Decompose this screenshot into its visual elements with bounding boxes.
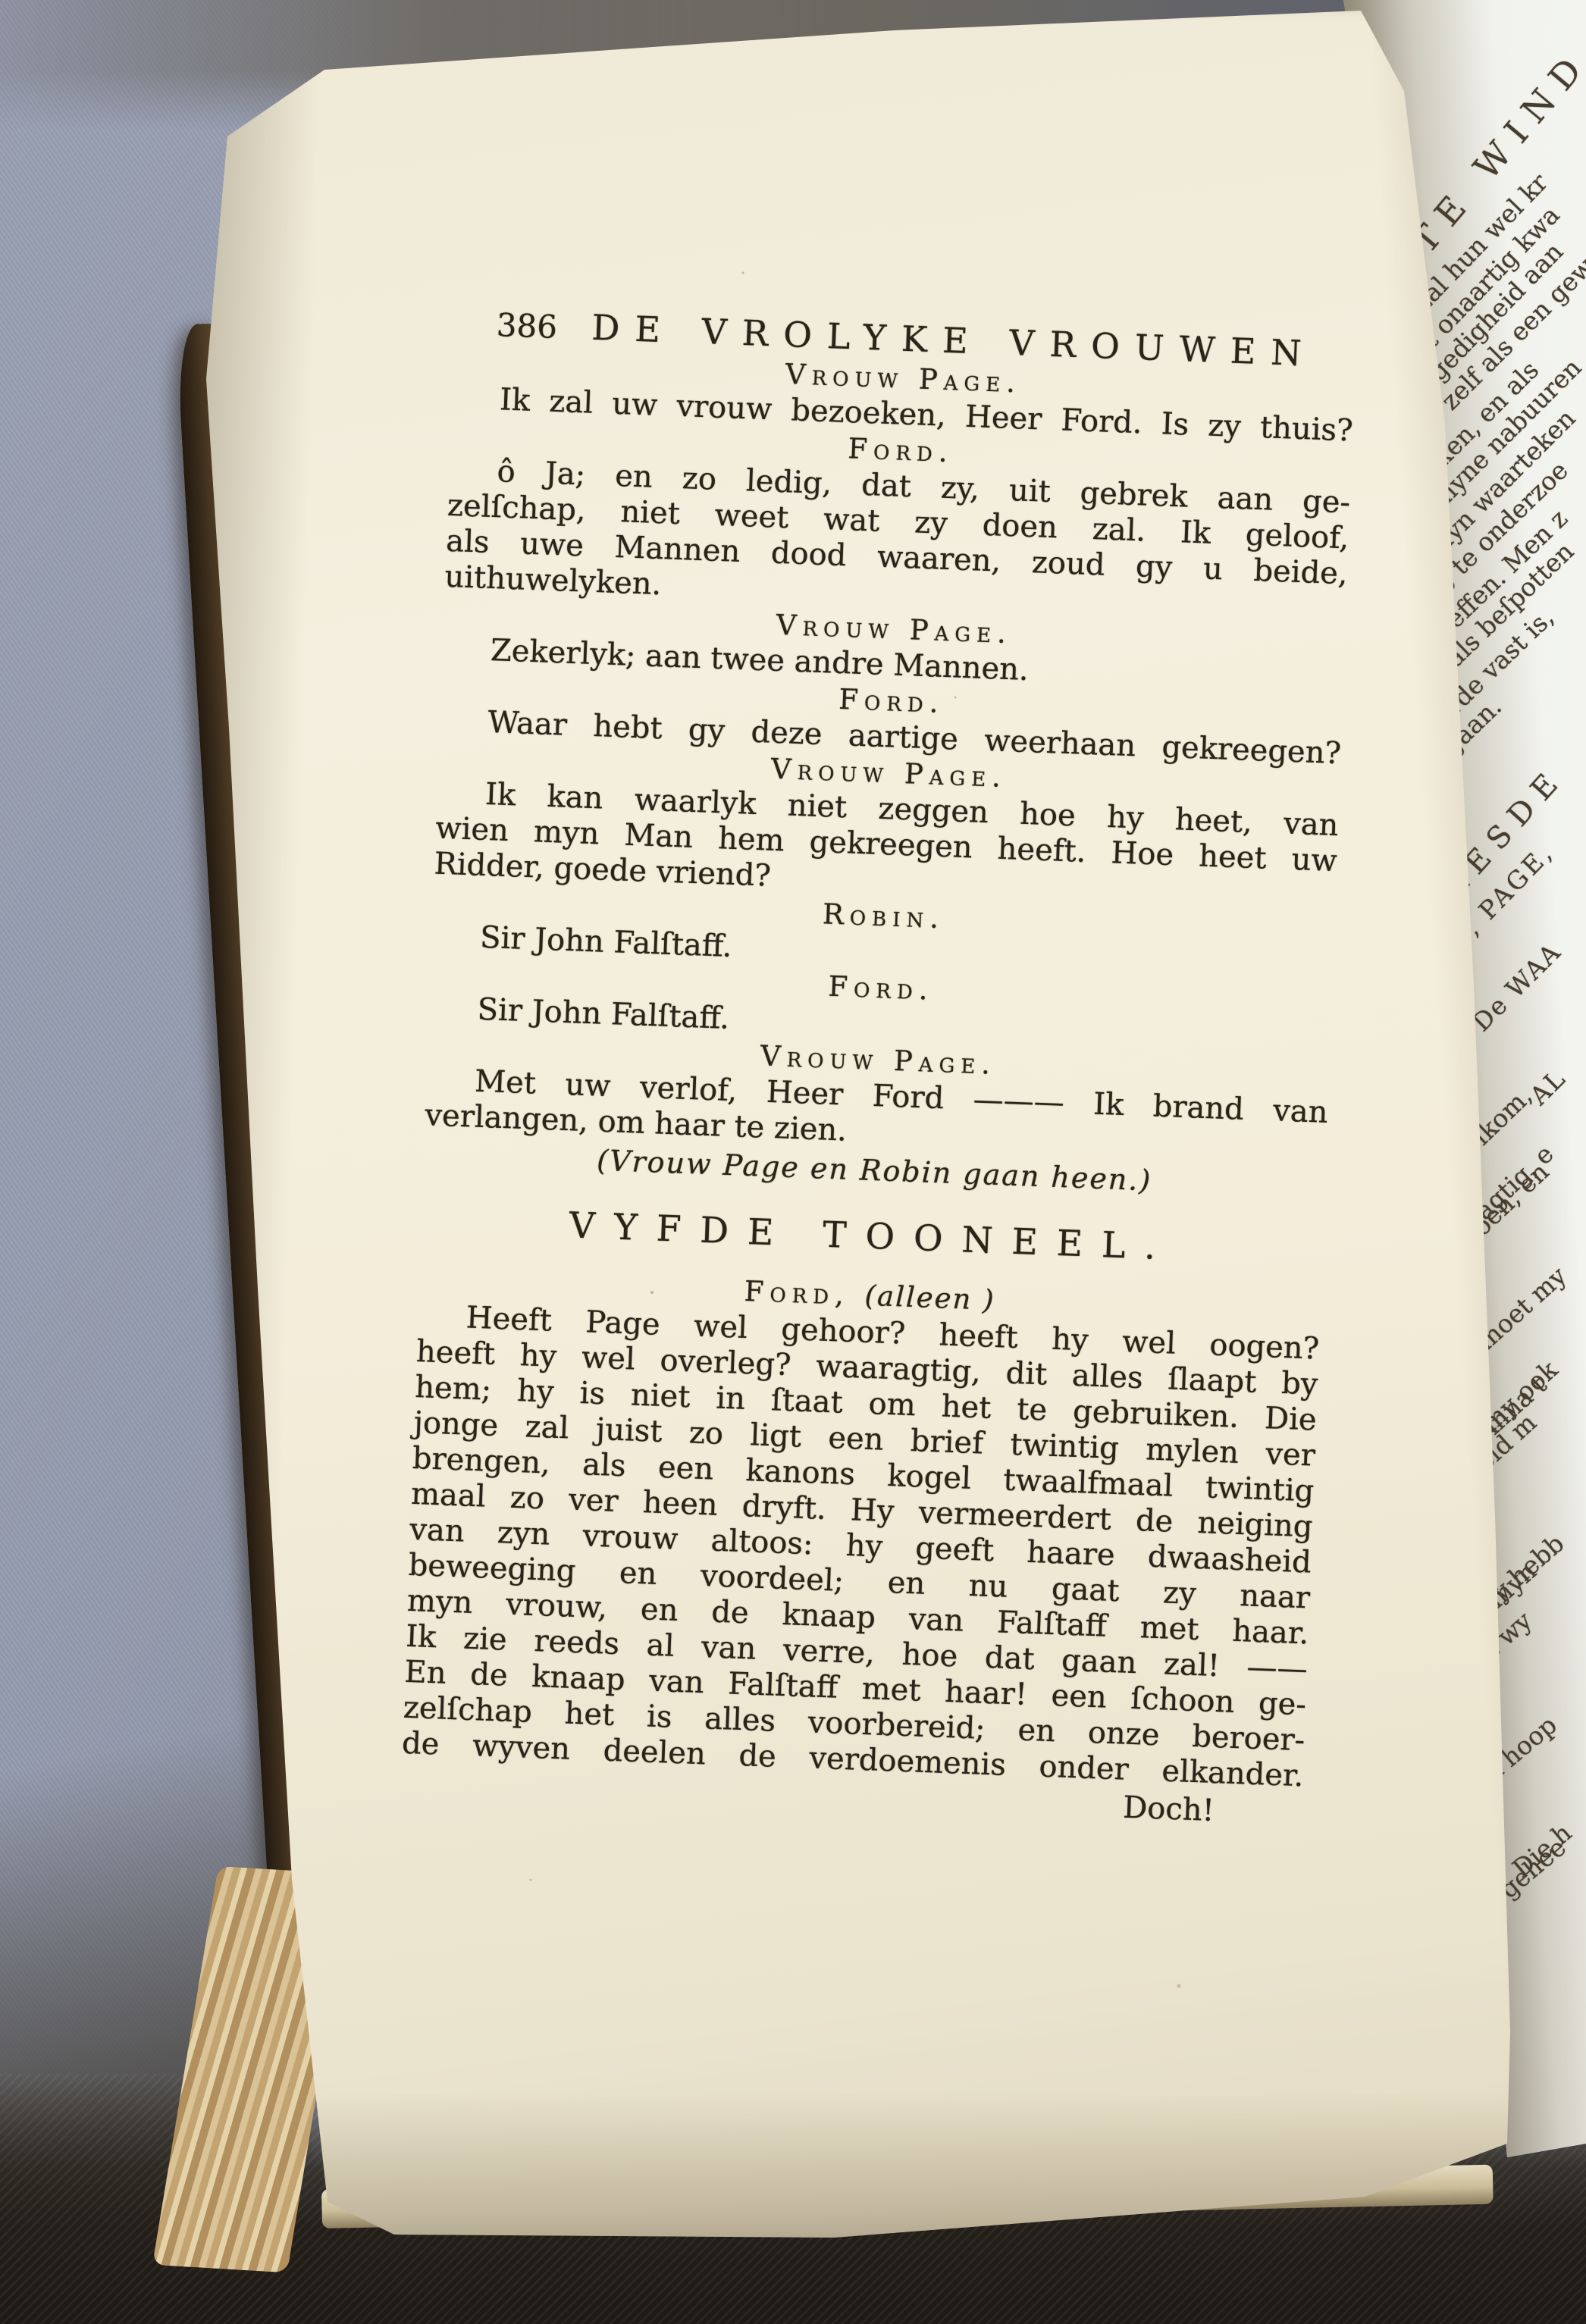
scene-heading: VYFDE TOONEEL. — [421, 1201, 1324, 1273]
dialogue-blocks: Vrouw Page.Ik zal uw vrouw bezoeken, Hee… — [400, 344, 1355, 1834]
speaker-note: (alleen ) — [864, 1279, 995, 1317]
text-column: 386 DE VROLYKE VROUWEN Vrouw Page.Ik zal… — [400, 300, 1356, 1834]
page-number: 386 — [453, 302, 558, 349]
speaker-name: Ford, — [744, 1275, 865, 1312]
book-photo: TE WINDik zal hun wel krniet onaartig kw… — [0, 0, 1586, 2324]
dialogue-line-text: uithuwelyken. — [444, 559, 662, 602]
